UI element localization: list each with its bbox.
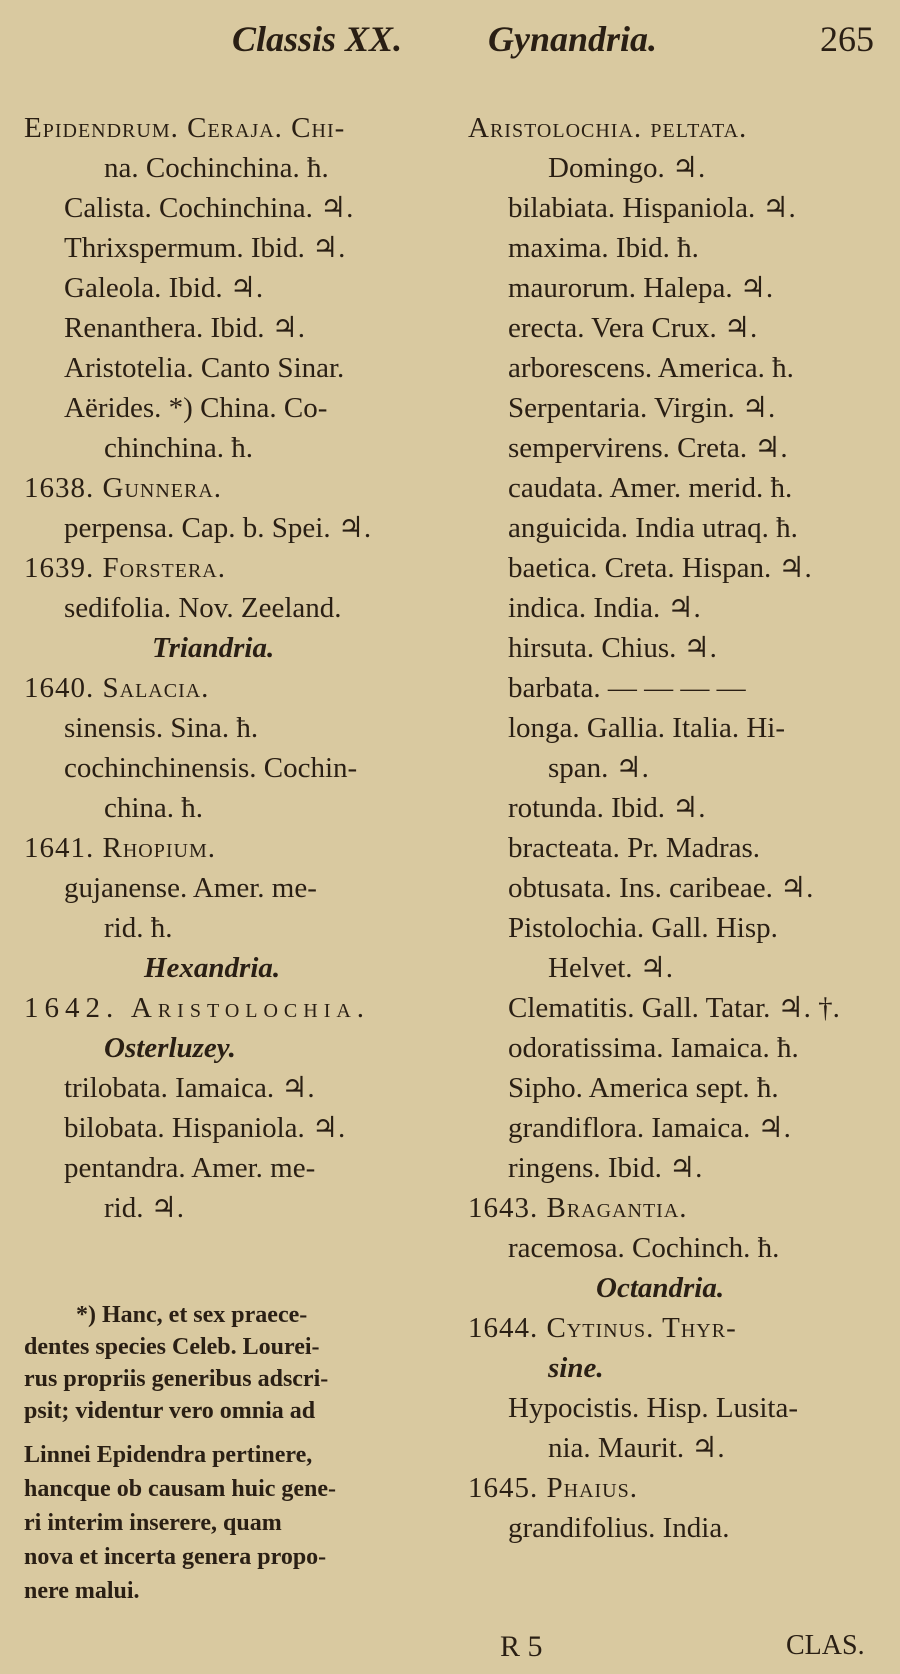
footnote-line: ri interim inserere, quam — [24, 1508, 282, 1538]
text-line: 1642. Aristolochia. — [24, 988, 370, 1028]
text-line: maxima. Ibid. ħ. — [508, 228, 699, 268]
footnote-line: rus propriis generibus adscri- — [24, 1364, 328, 1394]
text-line: Thrixspermum. Ibid. ♃. — [64, 228, 345, 268]
text-line: Pistolochia. Gall. Hisp. — [508, 908, 778, 948]
text-line: chinchina. ħ. — [104, 428, 253, 468]
text-line: anguicida. India utraq. ħ. — [508, 508, 798, 548]
text-line: gujanense. Amer. me- — [64, 868, 317, 908]
text-line: sedifolia. Nov. Zeeland. — [64, 588, 342, 628]
order-heading: Gynandria. — [488, 18, 657, 60]
text-line: baetica. Creta. Hispan. ♃. — [508, 548, 812, 588]
text-line: Galeola. Ibid. ♃. — [64, 268, 263, 308]
text-line: bilobata. Hispaniola. ♃. — [64, 1108, 345, 1148]
text-line: rotunda. Ibid. ♃. — [508, 788, 706, 828]
text-line: nia. Maurit. ♃. — [548, 1428, 725, 1468]
running-header: Classis XX. Gynandria. 265 — [0, 18, 900, 68]
text-line: 1638. Gunnera. — [24, 468, 222, 508]
footnote-line: dentes species Celeb. Lourei- — [24, 1332, 320, 1362]
text-line: 1645. Phaius. — [468, 1468, 638, 1508]
text-line: na. Cochinchina. ħ. — [104, 148, 329, 188]
text-line: Octandria. — [596, 1268, 724, 1308]
text-line: china. ħ. — [104, 788, 203, 828]
footnote-line: hancque ob causam huic gene- — [24, 1474, 336, 1504]
text-line: longa. Gallia. Italia. Hi- — [508, 708, 785, 748]
text-line: Domingo. ♃. — [548, 148, 705, 188]
text-line: odoratissima. Iamaica. ħ. — [508, 1028, 799, 1068]
text-line: maurorum. Halepa. ♃. — [508, 268, 773, 308]
text-line: pentandra. Amer. me- — [64, 1148, 315, 1188]
text-line: erecta. Vera Crux. ♃. — [508, 308, 757, 348]
text-line: Osterluzey. — [104, 1028, 236, 1068]
text-line: Aristolochia. peltata. — [468, 108, 747, 148]
footnote-line: nere malui. — [24, 1576, 140, 1606]
text-line: Sipho. America sept. ħ. — [508, 1068, 779, 1108]
text-line: rid. ħ. — [104, 908, 172, 948]
text-line: 1644. Cytinus. Thyr- — [468, 1308, 737, 1348]
text-line: 1639. Forstera. — [24, 548, 226, 588]
text-line: perpensa. Cap. b. Spei. ♃. — [64, 508, 371, 548]
text-line: rid. ♃. — [104, 1188, 184, 1228]
text-line: sinensis. Sina. ħ. — [64, 708, 258, 748]
text-line: Hypocistis. Hisp. Lusita- — [508, 1388, 798, 1428]
text-line: trilobata. Iamaica. ♃. — [64, 1068, 315, 1108]
text-line: bracteata. Pr. Madras. — [508, 828, 760, 868]
text-line: Helvet. ♃. — [548, 948, 673, 988]
text-line: Epidendrum. Ceraja. Chi- — [24, 108, 345, 148]
text-line: caudata. Amer. merid. ħ. — [508, 468, 792, 508]
text-line: obtusata. Ins. caribeae. ♃. — [508, 868, 813, 908]
text-line: 1641. Rhopium. — [24, 828, 216, 868]
text-line: Calista. Cochinchina. ♃. — [64, 188, 353, 228]
text-line: sempervirens. Creta. ♃. — [508, 428, 788, 468]
text-line: cochinchinensis. Cochin- — [64, 748, 357, 788]
footnote-line: *) Hanc, et sex praece- — [76, 1300, 307, 1330]
text-line: Clematitis. Gall. Tatar. ♃. †. — [508, 988, 840, 1028]
text-line: hirsuta. Chius. ♃. — [508, 628, 717, 668]
text-line: racemosa. Cochinch. ħ. — [508, 1228, 779, 1268]
text-line: grandiflora. Iamaica. ♃. — [508, 1108, 791, 1148]
text-line: sine. — [548, 1348, 604, 1388]
page-number: 265 — [820, 18, 874, 60]
text-line: Triandria. — [152, 628, 274, 668]
text-line: grandifolius. India. — [508, 1508, 729, 1548]
text-line: Serpentaria. Virgin. ♃. — [508, 388, 775, 428]
text-line: arborescens. America. ħ. — [508, 348, 794, 388]
catchword: CLAS. — [786, 1630, 865, 1662]
text-line: bilabiata. Hispaniola. ♃. — [508, 188, 796, 228]
footnote-line: psit; videntur vero omnia ad — [24, 1396, 315, 1426]
footnote-line: Linnei Epidendra pertinere, — [24, 1440, 312, 1470]
text-line: 1643. Bragantia. — [468, 1188, 688, 1228]
text-line: 1640. Salacia. — [24, 668, 209, 708]
text-line: span. ♃. — [548, 748, 649, 788]
text-line: Hexandria. — [144, 948, 280, 988]
signature-mark: R 5 — [500, 1630, 543, 1664]
text-line: ringens. Ibid. ♃. — [508, 1148, 702, 1188]
text-line: Renanthera. Ibid. ♃. — [64, 308, 305, 348]
text-line: indica. India. ♃. — [508, 588, 701, 628]
footnote-line: nova et incerta genera propo- — [24, 1542, 326, 1572]
book-page: Classis XX. Gynandria. 265 Epidendrum. C… — [0, 0, 900, 1674]
text-line: barbata. — — — — — [508, 668, 746, 708]
class-heading: Classis XX. — [232, 18, 402, 60]
text-line: Aërides. *) China. Co- — [64, 388, 327, 428]
text-line: Aristotelia. Canto Sinar. — [64, 348, 344, 388]
